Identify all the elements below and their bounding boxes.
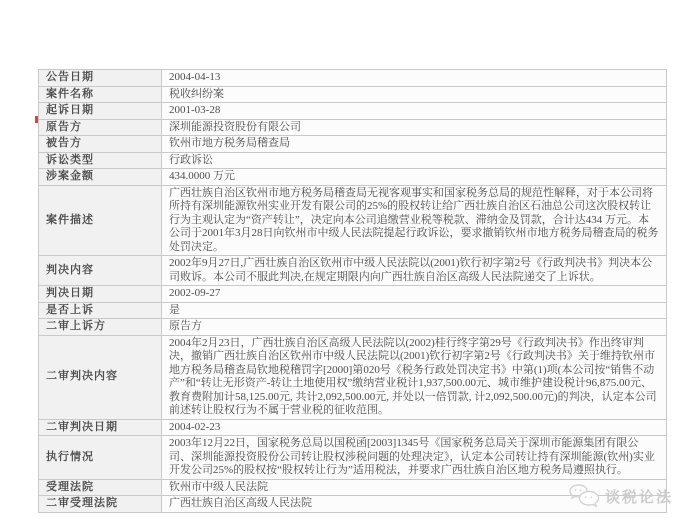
row-label: 案件名称: [39, 86, 162, 103]
case-info-table: 公告日期 2004-04-13 案件名称 税收纠纷案 起诉日期 2001-03-…: [38, 69, 667, 513]
table-row: 二审判决内容 2004年2月23日，广西壮族自治区高级人民法院以(2002)桂行…: [39, 335, 667, 419]
row-label: 判决内容: [39, 256, 162, 286]
row-value: 2004年2月23日，广西壮族自治区高级人民法院以(2002)桂行终字第29号《…: [162, 335, 667, 419]
row-label: 二审受理法院: [39, 496, 162, 513]
row-value: 是: [162, 302, 667, 319]
row-label: 二审判决内容: [39, 335, 162, 419]
chat-bubbles-icon: [568, 483, 600, 509]
table-row: 判决日期 2002-09-27: [39, 286, 667, 303]
table-row: 起诉日期 2001-03-28: [39, 103, 667, 120]
row-value: 2001-03-28: [162, 103, 667, 120]
row-label: 涉案金额: [39, 169, 162, 186]
table-row: 案件名称 税收纠纷案: [39, 86, 667, 103]
row-label: 诉讼类型: [39, 152, 162, 169]
row-value: 税收纠纷案: [162, 86, 667, 103]
row-value: 行政诉讼: [162, 152, 667, 169]
row-value: 2003年12月22日，国家税务总局以国税函[2003]1345号《国家税务总局…: [162, 436, 667, 480]
row-label: 是否上诉: [39, 302, 162, 319]
watermark-text: 谈税论法: [605, 486, 673, 507]
row-value: 钦州市地方税务局稽查局: [162, 136, 667, 153]
row-value: 2002-09-27: [162, 286, 667, 303]
row-label: 原告方: [39, 119, 162, 136]
table-row: 公告日期 2004-04-13: [39, 70, 667, 87]
row-value: 广西壮族自治区钦州市地方税务局稽查局无视客观事实和国家税务总局的规范性解释，对于…: [162, 185, 667, 256]
table-row: 判决内容 2002年9月27日,广西壮族自治区钦州市中级人民法院以(2001)钦…: [39, 256, 667, 286]
table-row: 是否上诉 是: [39, 302, 667, 319]
row-label: 受理法院: [39, 479, 162, 496]
row-value: 2004-04-13: [162, 70, 667, 87]
table-row: 二审判决日期 2004-02-23: [39, 419, 667, 436]
row-label: 判决日期: [39, 286, 162, 303]
row-label: 案件描述: [39, 185, 162, 256]
table-row: 诉讼类型 行政诉讼: [39, 152, 667, 169]
row-value: 原告方: [162, 319, 667, 336]
row-label: 二审上诉方: [39, 319, 162, 336]
row-label: 执行情况: [39, 436, 162, 480]
table-row: 案件描述 广西壮族自治区钦州市地方税务局稽查局无视客观事实和国家税务总局的规范性…: [39, 185, 667, 256]
watermark: 谈税论法: [568, 483, 673, 509]
row-value: 2002年9月27日,广西壮族自治区钦州市中级人民法院以(2001)钦行初字第2…: [162, 256, 667, 286]
row-label: 被告方: [39, 136, 162, 153]
row-label: 二审判决日期: [39, 419, 162, 436]
page: 公告日期 2004-04-13 案件名称 税收纠纷案 起诉日期 2001-03-…: [0, 0, 700, 525]
row-label: 起诉日期: [39, 103, 162, 120]
row-value: 434.0000 万元: [162, 169, 667, 186]
row-label: 公告日期: [39, 70, 162, 87]
row-value: 2004-02-23: [162, 419, 667, 436]
table-row: 二审上诉方 原告方: [39, 319, 667, 336]
table-row: 涉案金额 434.0000 万元: [39, 169, 667, 186]
table-row: 原告方 深圳能源投资股份有限公司: [39, 119, 667, 136]
table-row: 执行情况 2003年12月22日，国家税务总局以国税函[2003]1345号《国…: [39, 436, 667, 480]
table-row: 被告方 钦州市地方税务局稽查局: [39, 136, 667, 153]
row-value: 深圳能源投资股份有限公司: [162, 119, 667, 136]
